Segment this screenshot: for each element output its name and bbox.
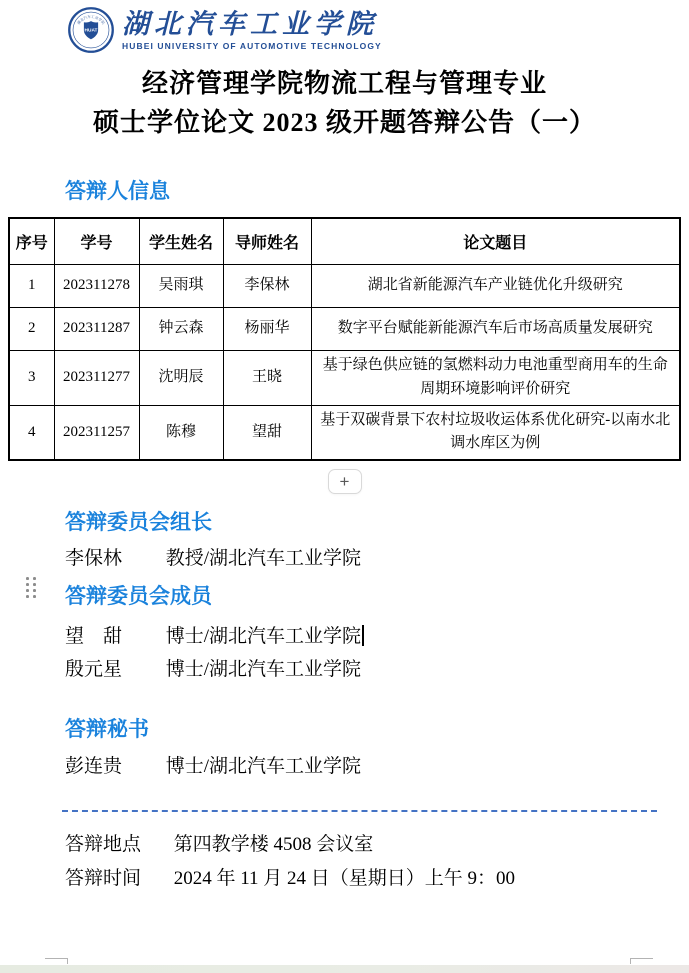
cell-thesis-title[interactable]: 基于绿色供应链的氢燃料动力电池重型商用车的生命周期环境影响评价研究 [311, 350, 680, 405]
svg-text:HUAT: HUAT [85, 28, 98, 34]
cell-supervisor-name[interactable]: 望甜 [223, 405, 311, 460]
member-name[interactable]: 李保林 [65, 542, 161, 575]
cell-student-id[interactable]: 202311287 [54, 307, 139, 350]
university-name-en: HUBEI UNIVERSITY OF AUTOMOTIVE TECHNOLOG… [122, 41, 382, 51]
cell-student-id[interactable]: 202311277 [54, 350, 139, 405]
cell-supervisor-name[interactable]: 杨丽华 [223, 307, 311, 350]
table-row: 1 202311278 吴雨琪 李保林 湖北省新能源汽车产业链优化升级研究 [9, 264, 680, 307]
block-drag-handle-icon[interactable] [26, 577, 37, 599]
col-header-student-name[interactable]: 学生姓名 [139, 218, 223, 264]
cell-index[interactable]: 2 [9, 307, 54, 350]
page-corner-mark [630, 958, 653, 964]
member-name[interactable]: 望 甜 [65, 620, 161, 653]
cell-student-id[interactable]: 202311278 [54, 264, 139, 307]
location-label[interactable]: 答辩地点 [65, 828, 145, 862]
cell-student-name[interactable]: 钟云森 [139, 307, 223, 350]
secretary-entry[interactable]: 彭连贵 博士/湖北汽车工业学院 [65, 750, 689, 783]
university-logo: 湖北汽车工业学院 HUAT 湖北汽车工业学院 HUBEI UNIVERSITY … [68, 6, 689, 54]
defense-time-line[interactable]: 答辩时间 2024 年 11 月 24 日（星期日）上午 9：00 [65, 862, 689, 896]
page-corner-mark [45, 958, 68, 964]
cell-supervisor-name[interactable]: 李保林 [223, 264, 311, 307]
col-header-student-id[interactable]: 学号 [54, 218, 139, 264]
location-value[interactable]: 第四教学楼 4508 会议室 [174, 834, 374, 855]
defenders-table: 序号 学号 学生姓名 导师姓名 论文题目 1 202311278 吴雨琪 李保林… [8, 217, 681, 461]
time-label[interactable]: 答辩时间 [65, 862, 145, 896]
cell-index[interactable]: 1 [9, 264, 54, 307]
committee-entry[interactable]: 望 甜 博士/湖北汽车工业学院 [65, 620, 689, 653]
section-heading-secretary[interactable]: 答辩秘书 [65, 716, 689, 744]
add-table-row-button[interactable]: + [328, 469, 362, 494]
member-affiliation[interactable]: 博士/湖北汽车工业学院 [166, 626, 361, 647]
section-heading-defenders[interactable]: 答辩人信息 [65, 178, 689, 206]
document-page: 湖北汽车工业学院 HUAT 湖北汽车工业学院 HUBEI UNIVERSITY … [0, 0, 689, 973]
page-bottom-edge [0, 965, 689, 973]
cell-student-name[interactable]: 沈明辰 [139, 350, 223, 405]
col-header-thesis-title[interactable]: 论文题目 [311, 218, 680, 264]
cell-index[interactable]: 4 [9, 405, 54, 460]
col-header-supervisor-name[interactable]: 导师姓名 [223, 218, 311, 264]
cell-thesis-title[interactable]: 数字平台赋能新能源汽车后市场高质量发展研究 [311, 307, 680, 350]
university-name-cn: 湖北汽车工业学院 [122, 10, 382, 40]
section-heading-committee[interactable]: 答辩委员会成员 [65, 583, 689, 611]
text-cursor [362, 625, 364, 646]
col-header-index[interactable]: 序号 [9, 218, 54, 264]
page-title[interactable]: 经济管理学院物流工程与管理专业 硕士学位论文 2023 级开题答辩公告（一） [0, 64, 689, 142]
table-row: 3 202311277 沈明辰 王晓 基于绿色供应链的氢燃料动力电池重型商用车的… [9, 350, 680, 405]
time-value[interactable]: 2024 年 11 月 24 日（星期日）上午 9：00 [174, 868, 515, 889]
member-name[interactable]: 殷元星 [65, 653, 161, 686]
title-line-1[interactable]: 经济管理学院物流工程与管理专业 [142, 69, 547, 98]
member-affiliation[interactable]: 博士/湖北汽车工业学院 [166, 659, 361, 680]
chair-entry[interactable]: 李保林 教授/湖北汽车工业学院 [65, 542, 689, 575]
cell-thesis-title[interactable]: 湖北省新能源汽车产业链优化升级研究 [311, 264, 680, 307]
member-affiliation[interactable]: 博士/湖北汽车工业学院 [166, 756, 361, 777]
table-header-row: 序号 学号 学生姓名 导师姓名 论文题目 [9, 218, 680, 264]
table-row: 2 202311287 钟云森 杨丽华 数字平台赋能新能源汽车后市场高质量发展研… [9, 307, 680, 350]
cell-student-name[interactable]: 陈穆 [139, 405, 223, 460]
member-affiliation[interactable]: 教授/湖北汽车工业学院 [166, 548, 361, 569]
cell-student-id[interactable]: 202311257 [54, 405, 139, 460]
cell-student-name[interactable]: 吴雨琪 [139, 264, 223, 307]
university-emblem-icon: 湖北汽车工业学院 HUAT [68, 7, 114, 53]
table-row: 4 202311257 陈穆 望甜 基于双碳背景下农村垃圾收运体系优化研究-以南… [9, 405, 680, 460]
defense-location-line[interactable]: 答辩地点 第四教学楼 4508 会议室 [65, 828, 689, 862]
title-line-2[interactable]: 硕士学位论文 2023 级开题答辩公告（一） [93, 108, 596, 137]
committee-entry[interactable]: 殷元星 博士/湖北汽车工业学院 [65, 653, 689, 686]
cell-thesis-title[interactable]: 基于双碳背景下农村垃圾收运体系优化研究-以南水北调水库区为例 [311, 405, 680, 460]
member-name[interactable]: 彭连贵 [65, 750, 161, 783]
section-heading-chair[interactable]: 答辩委员会组长 [65, 509, 689, 537]
dashed-divider [62, 810, 657, 812]
cell-index[interactable]: 3 [9, 350, 54, 405]
cell-supervisor-name[interactable]: 王晓 [223, 350, 311, 405]
